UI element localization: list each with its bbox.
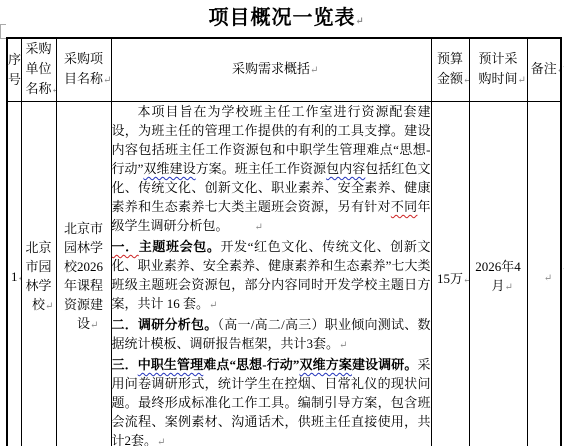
cell-demand: 本项目旨在为学校班主任工作室进行资源配套建设，为班主任的管理工作提供的有利的工具… <box>111 102 431 446</box>
header-row: 序号↵ 采购单位名称↵ 采购项目名称↵ 采购需求概括↵ 预算金额↵ 预计采购时间… <box>7 38 561 102</box>
spellcheck-blue-wavy-underline: 双维方案 <box>299 357 352 372</box>
spellcheck-blue-wavy-underline: 中职生管理 <box>138 357 204 372</box>
spellcheck-red-wavy-underline: 一． <box>112 239 139 254</box>
col-header-unit-name: 采购单位名称↵ <box>21 38 56 102</box>
cell-purchase-time: 2026年4月↵ <box>469 102 527 446</box>
demand-paragraph: 二．调研分析包。（高一/高二/高三）职业倾向测试、数据统计模板、调研报告框架，共… <box>112 315 431 355</box>
spellcheck-blue-wavy-underline: 包内容 <box>326 161 365 176</box>
cell-index: 1↵ <box>7 102 21 446</box>
col-header-demand: 采购需求概括↵ <box>111 38 431 102</box>
col-header-index: 序号↵ <box>7 38 21 102</box>
cell-budget: 15万↵ <box>431 102 469 446</box>
cell-unit-name: 北京市园林学校↵ <box>21 102 56 446</box>
col-header-project-name: 采购项目名称↵ <box>56 38 111 102</box>
data-row: 1↵ 北京市园林学校↵ 北京市园林学校2026年课程资源建设↵ 本项目旨在为学校… <box>7 102 561 446</box>
spellcheck-blue-wavy-underline: 双维建设 <box>143 161 195 176</box>
demand-paragraph: 三．中职生管理难点“思想-行动”双维方案建设调研。采用问卷调研形式，统计学生在控… <box>112 355 431 446</box>
col-header-budget: 预算金额↵ <box>431 38 469 102</box>
col-header-remark: 备注↵ <box>527 38 561 102</box>
demand-paragraph: 本项目旨在为学校班主任工作室进行资源配套建设，为班主任的管理工作提供的有利的工具… <box>112 102 431 237</box>
cell-remark: ↵ <box>527 102 561 446</box>
col-header-purchase-time: 预计采购时间↵ <box>469 38 527 102</box>
page-title: 项目概况一览表↵ <box>0 4 564 36</box>
project-overview-table: 序号↵ 采购单位名称↵ 采购项目名称↵ 采购需求概括↵ 预算金额↵ 预计采购时间… <box>6 37 562 446</box>
demand-paragraph: 一．主题班会包。开发“红色文化、传统文化、创新文化、职业素养、安全素养、健康素养… <box>112 237 431 315</box>
spellcheck-red-wavy-underline: 不同 <box>391 199 418 214</box>
cell-project-name: 北京市园林学校2026年课程资源建设↵ <box>56 102 111 446</box>
